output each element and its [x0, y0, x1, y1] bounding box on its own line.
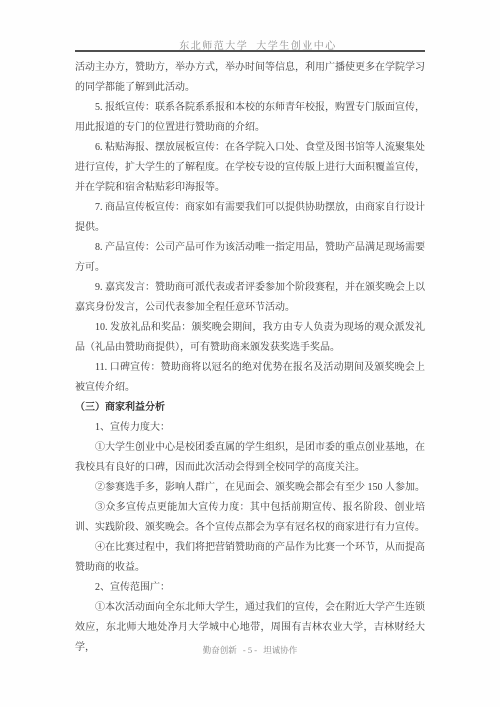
footer-page-number: - 5 -: [243, 645, 257, 655]
item-11-word-of-mouth-publicity: 11. 口碑宣传：赞助商将以冠名的绝对优势在报名及活动期间及颁奖晚会上被宣传介绍…: [75, 358, 425, 398]
item-10-gifts-and-prizes: 10. 发放礼品和奖品：颁奖晚会期间，我方由专人负责为现场的观众派发礼品（礼品由…: [75, 318, 425, 358]
item-6-poster-display-publicity: 6. 粘贴海报、摆放展板宣传：在各学院入口处、食堂及图书馆等人流聚集处进行宣传，…: [75, 138, 425, 198]
page-footer: 勤奋创新 - 5 - 坦诚协作: [0, 644, 500, 656]
paragraph-broadcast-continuation: 活动主办方，赞助方，举办方式，举办时间等信息，利用广播使更多在学院学习的同学都能…: [75, 58, 425, 98]
document-body: 活动主办方，赞助方，举办方式，举办时间等信息，利用广播使更多在学院学习的同学都能…: [75, 58, 425, 658]
point-3-publicity-stages: ③众多宣传点更能加大宣传力度：其中包括前期宣传、报名阶段、创业培训、实践阶段、颁…: [75, 498, 425, 538]
item-8-product-publicity: 8. 产品宣传：公司产品可作为该活动唯一指定用品，赞助产品满足现场需要方可。: [75, 238, 425, 278]
footer-motto-right: 坦诚协作: [263, 645, 297, 655]
point-1-organization-reputation: ①大学生创业中心是校团委直属的学生组织，是团市委的重点创业基地，在我校具有良好的…: [75, 438, 425, 478]
item-9-guest-speech: 9. 嘉宾发言：赞助商可派代表或者评委参加个阶段赛程，并在颁奖晚会上以嘉宾身份发…: [75, 278, 425, 318]
subheading-2-publicity-range: 2、宣传范围广：: [75, 578, 425, 598]
footer-motto-left: 勤奋创新: [203, 645, 237, 655]
point-2-participant-numbers: ②参赛选手多，影响人群广，在见面会、颁奖晚会都会有至少 150 人参加。: [75, 478, 425, 498]
subheading-1-publicity-strength: 1、宣传力度大：: [75, 418, 425, 438]
header-rule: [75, 50, 425, 52]
item-5-newspaper-publicity: 5. 报纸宣传：联系各院系系报和本校的东师青年校报，购置专门版面宣传，用此报道的…: [75, 98, 425, 138]
point-4-sponsor-product-in-contest: ④在比赛过程中，我们将把营销赞助商的产品作为比赛一个环节，从而提高赞助商的收益。: [75, 538, 425, 578]
item-7-product-board-publicity: 7. 商品宣传板宣传：商家如有需要我们可以提供协助摆放，由商家自行设计提供。: [75, 198, 425, 238]
heading-merchant-benefit-analysis: （三）商家利益分析: [75, 398, 425, 418]
document-page: 东北师范大学 大学生创业中心 活动主办方，赞助方，举办方式，举办时间等信息，利用…: [0, 0, 500, 707]
